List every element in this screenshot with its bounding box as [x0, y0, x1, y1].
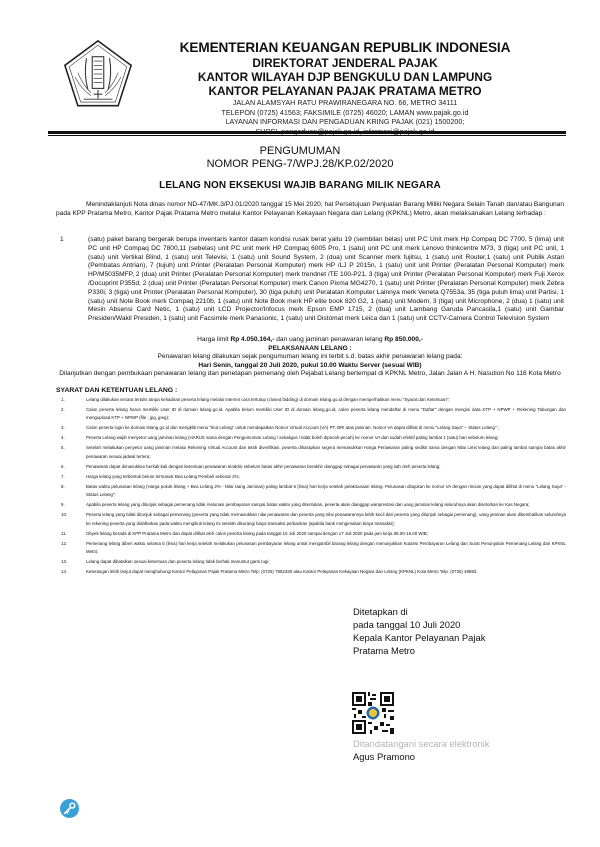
office-service: LAYANAN INFORMASI DAN PENGADUAN KRING PA…	[150, 117, 540, 127]
ministry-name: KEMENTERIAN KEUANGAN REPUBLIK INDONESIA	[150, 40, 540, 56]
auction-lot: 1 (satu) paket barang bergerak berupa in…	[56, 236, 564, 324]
execution-location: Dilanjutkan dengan pembukaan penawaran l…	[56, 370, 564, 379]
terms-item-text: Batas waktu pelunasan lelang (Harga poko…	[86, 484, 566, 497]
letterhead: KEMENTERIAN KEUANGAN REPUBLIK INDONESIA …	[150, 40, 540, 136]
terms-item-number: 2.	[61, 406, 65, 414]
signature-position-office: Pratama Metro	[353, 644, 485, 657]
terms-heading: SYARAT DAN KETENTUAN LELANG :	[56, 387, 177, 394]
announcement-subject: LELANG NON EKSEKUSI WAJIB BARANG MILIK N…	[0, 180, 600, 191]
terms-item: 1.Lelang dilakukan secara tertulis tanpa…	[56, 396, 566, 404]
signature-place: Ditetapkan di	[353, 605, 485, 618]
terms-item: 5.Setelah melakukan penyetor uang jamina…	[56, 444, 566, 461]
terms-item-text: Peserta Lelang wajib menyetor uang jamin…	[86, 435, 499, 440]
document-page: KEMENTERIAN KEUANGAN REPUBLIK INDONESIA …	[0, 0, 600, 847]
terms-item-text: Calon peserta lelang harus memiliki User…	[86, 407, 566, 420]
terms-item-text: Peserta lelang yang tidak ditunjuk sebag…	[86, 512, 566, 525]
signature-position: Kepala Kantor Pelayanan Pajak	[353, 631, 485, 644]
execution-line: Penawaran lelang dilakukan sejak pengumu…	[56, 353, 564, 362]
execution-heading: PELAKSANAAN LELANG :	[268, 345, 352, 352]
terms-item-text: Calon peserta login ke domain lelang.go.…	[86, 425, 499, 430]
regional-office-name: KANTOR WILAYAH DJP BENGKULU DAN LAMPUNG	[150, 70, 540, 84]
letterhead-divider-thin	[48, 135, 566, 136]
terms-item-number: 9.	[61, 501, 65, 509]
ministry-of-finance-emblem-icon	[62, 38, 134, 110]
terms-item-number: 13.	[61, 558, 67, 566]
signature-date: pada tanggal 10 Juli 2020	[353, 618, 485, 631]
office-name: KANTOR PELAYANAN PAJAK PRATAMA METRO	[150, 84, 540, 98]
deposit-amount: Rp 850.000,-	[384, 336, 422, 343]
intro-text: Menindaklanjuti Nota dinas nomor ND-47/M…	[56, 201, 564, 217]
terms-item: 3.Calon peserta login ke domain lelang.g…	[56, 424, 566, 432]
key-badge-icon	[60, 799, 79, 818]
terms-item-text: Lelang dapat dibatalkan sesuai ketentuan…	[86, 559, 270, 564]
announcement-heading: PENGUMUMAN	[0, 145, 600, 158]
terms-item-number: 3.	[61, 424, 65, 432]
terms-item-text: Harga lelang yang terbentuk belum termas…	[86, 474, 240, 479]
terms-item: 2.Calon peserta lelang harus memiliki Us…	[56, 406, 566, 423]
terms-item-text: Setelah melakukan penyetor uang jaminan …	[86, 445, 566, 458]
terms-item: 7.Harga lelang yang terbentuk belum term…	[56, 473, 566, 481]
deposit-label: dan uang jaminan penawaran lelang	[274, 336, 384, 343]
office-phone: TELEPON (0725) 41563; FAKSIMILE (0725) 4…	[150, 108, 540, 118]
terms-list: 1.Lelang dilakukan secara tertulis tanpa…	[56, 396, 566, 578]
terms-item-number: 6.	[61, 463, 65, 471]
directorate-name: DIREKTORAT JENDERAL PAJAK	[150, 56, 540, 70]
terms-item: 14.Keterangan lebih lanjut dapat menghub…	[56, 568, 566, 576]
terms-item: 4.Peserta Lelang wajib menyetor uang jam…	[56, 434, 566, 442]
terms-item-number: 10.	[61, 511, 67, 519]
terms-item-number: 8.	[61, 483, 65, 491]
terms-item: 10.Peserta lelang yang tidak ditunjuk se…	[56, 511, 566, 528]
lot-number: 1	[60, 236, 64, 245]
signature-block: Ditetapkan di pada tanggal 10 Juli 2020 …	[353, 605, 485, 657]
announcement-number: NOMOR PENG-7/WPJ.28/KP.02/2020	[0, 158, 600, 171]
terms-item-text: Keterangan lebih lanjut dapat menghubung…	[86, 569, 478, 574]
terms-item-text: Apabila peserta lelang yang ditunjuk seb…	[86, 502, 530, 507]
electronic-signature-note: Ditandatangani secara elektronik	[353, 738, 490, 749]
terms-item-number: 4.	[61, 434, 65, 442]
qr-code-icon	[352, 692, 394, 734]
limit-price: Rp 4.050.164,-	[230, 336, 274, 343]
terms-item-number: 12.	[61, 540, 67, 548]
terms-item: 9.Apabila peserta lelang yang ditunjuk s…	[56, 501, 566, 509]
terms-item-number: 14.	[61, 568, 67, 576]
intro-paragraph: Menindaklanjuti Nota dinas nomor ND-47/M…	[56, 201, 564, 218]
signatory-name: Agus Pramono	[353, 751, 415, 762]
lot-description: (satu) paket barang bergerak berupa inve…	[88, 236, 564, 324]
auction-details: Harga limit Rp 4.050.164,- dan uang jami…	[56, 336, 564, 379]
terms-item-text: Pemenang lelang diberi waktu selama 5 (l…	[86, 541, 566, 554]
terms-item-text: Obyek lelang berada di KPP Pratama Metro…	[86, 531, 428, 536]
terms-item-number: 1.	[61, 396, 65, 404]
terms-item: 11.Obyek lelang berada di KPP Pratama Me…	[56, 530, 566, 538]
terms-item-number: 11.	[61, 530, 67, 538]
office-address: JALAN ALAMSYAH RATU PRAWIRANEGARA NO. 66…	[150, 98, 540, 108]
limit-label: Harga limit	[197, 336, 230, 343]
terms-item: 12.Pemenang lelang diberi waktu selama 5…	[56, 540, 566, 557]
execution-deadline: Hari Senin, tanggal 20 Juli 2020, pukul …	[198, 362, 421, 369]
letterhead-divider	[48, 131, 566, 134]
terms-item: 13.Lelang dapat dibatalkan sesuai ketent…	[56, 558, 566, 566]
terms-item: 8.Batas waktu pelunasan lelang (Harga po…	[56, 483, 566, 500]
terms-item-text: Lelang dilakukan secara tertulis tanpa k…	[86, 397, 450, 402]
terms-item-number: 7.	[61, 473, 65, 481]
price-line: Harga limit Rp 4.050.164,- dan uang jami…	[56, 336, 564, 345]
terms-item-number: 5.	[61, 444, 65, 452]
terms-item: 6.Penawaran dapat dimasukkan berkali-kal…	[56, 463, 566, 471]
terms-item-text: Penawaran dapat dimasukkan berkali-kali …	[86, 464, 440, 469]
